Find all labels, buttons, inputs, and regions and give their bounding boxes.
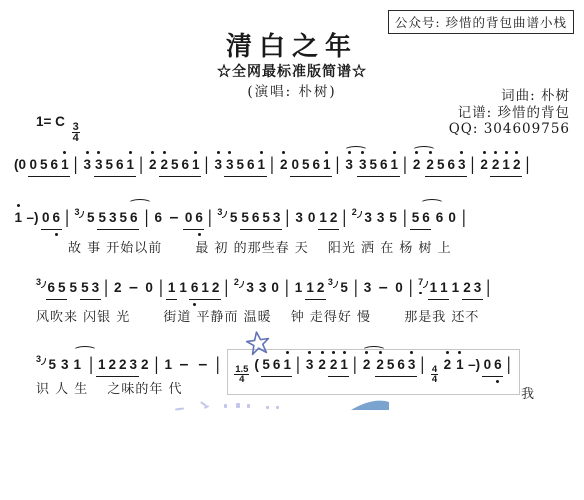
- grace-note: 2: [234, 272, 244, 290]
- beam-group: 65: [46, 279, 67, 300]
- beam-group: 23: [462, 279, 483, 300]
- ink-smudge: [236, 403, 240, 408]
- note: 0: [484, 356, 492, 374]
- octave-dot-above-icon: [483, 151, 486, 154]
- grace-slur-icon: [239, 281, 244, 288]
- note: 6: [380, 156, 388, 174]
- beam-group: 5653: [240, 209, 282, 230]
- beam-group: 2563: [425, 156, 467, 177]
- note: 2: [318, 356, 326, 374]
- note: 1: [283, 356, 291, 374]
- note: 0: [145, 279, 153, 297]
- octave-dot-above-icon: [410, 351, 413, 354]
- note: 6: [494, 356, 502, 374]
- extension-dash: –: [379, 279, 388, 297]
- extension-dash: –: [179, 356, 188, 374]
- note: 3: [306, 356, 314, 374]
- note: 2: [108, 356, 116, 374]
- note: 2: [119, 356, 127, 374]
- beam-group: 11: [428, 279, 449, 300]
- octave-dot-above-icon: [379, 351, 382, 354]
- barline: |: [65, 207, 69, 227]
- note: 5: [171, 156, 179, 174]
- lyrics-line-2: 故 事 开始以前 最 初 的那些春 天 阳光 洒 在 杨 树 上: [68, 237, 452, 256]
- note: 1: [258, 156, 266, 174]
- octave-dot-above-icon: [260, 151, 263, 154]
- beam-group: 12: [318, 209, 339, 230]
- parenthesis: –): [27, 210, 39, 225]
- barline: |: [285, 207, 289, 227]
- note: 3: [214, 156, 222, 174]
- note: 6: [53, 209, 61, 227]
- grace-slur-icon: [423, 281, 428, 288]
- note: 5: [236, 156, 244, 174]
- grace-note: 3: [36, 349, 46, 367]
- note: 3: [226, 156, 234, 174]
- note: 6: [116, 156, 124, 174]
- music-line-1: (00561|33561|22561|33561|20561|33561|225…: [12, 156, 533, 182]
- note: 0: [185, 209, 193, 227]
- note: 3: [364, 209, 372, 227]
- ink-smudge: [204, 405, 209, 409]
- qq-credit: QQ: 304609756: [449, 121, 570, 138]
- note: 2: [114, 279, 122, 297]
- note: 5: [106, 156, 114, 174]
- note: 6: [182, 156, 190, 174]
- note: 3: [109, 209, 117, 227]
- octave-dot-above-icon: [321, 351, 324, 354]
- grace-slur-icon: [41, 358, 46, 365]
- beam-group: 3561: [224, 156, 266, 177]
- note: 1: [430, 279, 438, 297]
- octave-dot-below-icon: [55, 233, 58, 236]
- octave-dot-above-icon: [343, 351, 346, 354]
- note: 3: [273, 209, 281, 227]
- beam-group: 21: [328, 356, 349, 377]
- note: 2: [212, 279, 220, 297]
- time-signature: 44: [431, 365, 438, 384]
- note: 6: [436, 209, 444, 227]
- beam-group: 23: [118, 356, 139, 377]
- time-signature: 34: [72, 122, 80, 143]
- phrase-box: 1.54(561|3221|22563|4421–)06|: [227, 349, 520, 395]
- octave-dot-above-icon: [86, 151, 89, 154]
- ink-smudge: [247, 404, 250, 408]
- note: 1: [456, 356, 464, 374]
- ink-smudge: [276, 406, 279, 409]
- grace-note: 3: [328, 272, 338, 290]
- note: 0: [308, 209, 316, 227]
- beam-group: 3561: [94, 156, 136, 177]
- grace-slur-icon: [333, 281, 338, 288]
- note: 0: [395, 279, 403, 297]
- note: 6: [154, 209, 162, 227]
- note: 5: [120, 209, 128, 227]
- note: 5: [412, 209, 420, 227]
- note: 6: [447, 156, 455, 174]
- note: 3: [83, 156, 91, 174]
- note: 2: [492, 156, 500, 174]
- composer-credit: 词曲: 朴树: [449, 88, 570, 105]
- transcriber-credit: 记谱: 珍惜的背包: [449, 105, 570, 122]
- note: 1: [390, 156, 398, 174]
- octave-dot-below-icon: [419, 292, 422, 295]
- note: 1: [440, 279, 448, 297]
- note: 3: [295, 209, 303, 227]
- octave-dot-above-icon: [325, 151, 328, 154]
- music-line-2: 1–)06|355356|6–06|355653|3012|2335|5660|: [12, 209, 469, 235]
- note: 2: [149, 156, 157, 174]
- note: 5: [87, 209, 95, 227]
- note: 6: [247, 156, 255, 174]
- barline: |: [342, 207, 346, 227]
- barline: |: [409, 277, 413, 297]
- beam-group: 3561: [357, 156, 399, 177]
- octave-dot-above-icon: [129, 151, 132, 154]
- grace-slur-icon: [357, 211, 362, 218]
- note: 2: [444, 356, 452, 374]
- note: 1: [74, 356, 82, 374]
- extension-dash: –: [129, 279, 138, 297]
- beam-group: 612: [189, 279, 221, 300]
- barline: |: [205, 154, 209, 174]
- octave-dot-above-icon: [194, 151, 197, 154]
- barline: |: [420, 354, 424, 374]
- note: 3: [92, 279, 100, 297]
- note: 5: [99, 209, 107, 227]
- note: 1: [319, 209, 327, 227]
- parenthesis: (0: [14, 157, 26, 172]
- note: 0: [42, 209, 50, 227]
- lyrics-line-4: 识 人 生 之味的年 代: [36, 378, 183, 397]
- note: 5: [49, 356, 57, 374]
- barline: |: [296, 354, 300, 374]
- note: 3: [364, 279, 372, 297]
- grace-slur-icon: [79, 211, 84, 218]
- grace-note: 3: [36, 272, 46, 290]
- barline: |: [354, 277, 358, 297]
- note: 5: [262, 209, 270, 227]
- barline: |: [507, 354, 511, 374]
- note: 2: [513, 156, 521, 174]
- beam-group: 2561: [159, 156, 201, 177]
- grace-note: 2: [352, 202, 362, 220]
- octave-dot-above-icon: [393, 151, 396, 154]
- note: 6: [397, 356, 405, 374]
- barline: |: [462, 207, 466, 227]
- note: 2: [280, 156, 288, 174]
- octave-dot-below-icon: [198, 233, 201, 236]
- octave-dot-above-icon: [308, 351, 311, 354]
- note: 6: [130, 209, 138, 227]
- note: 3: [246, 279, 254, 297]
- barline: |: [145, 207, 149, 227]
- octave-dot-above-icon: [494, 151, 497, 154]
- note: 2: [317, 279, 325, 297]
- barline: |: [525, 154, 529, 174]
- note: 1: [164, 356, 172, 374]
- note: 2: [426, 156, 434, 174]
- note: 5: [58, 279, 66, 297]
- note: 3: [61, 356, 69, 374]
- beam-group: 561: [261, 356, 293, 377]
- note: 2: [363, 356, 371, 374]
- beam-group: 06: [183, 209, 204, 230]
- note: 2: [413, 156, 421, 174]
- note: 3: [95, 156, 103, 174]
- barline: |: [470, 154, 474, 174]
- note: 1: [98, 356, 106, 374]
- note: 0: [30, 156, 38, 174]
- octave-dot-above-icon: [515, 151, 518, 154]
- barline: |: [403, 154, 407, 174]
- octave-dot-above-icon: [332, 351, 335, 354]
- note: 5: [340, 279, 348, 297]
- parenthesis: (: [254, 357, 259, 372]
- octave-dot-above-icon: [446, 351, 449, 354]
- tie-arc-icon: [344, 146, 368, 155]
- grace-slur-icon: [222, 211, 227, 218]
- note: 3: [359, 156, 367, 174]
- note: 3: [259, 279, 267, 297]
- note: 1: [502, 156, 510, 174]
- note: 3: [408, 356, 416, 374]
- note: 6: [312, 156, 320, 174]
- note: 1: [15, 209, 23, 227]
- note: 3: [474, 279, 482, 297]
- octave-dot-above-icon: [505, 151, 508, 154]
- octave-dot-above-icon: [460, 151, 463, 154]
- octave-dot-above-icon: [228, 151, 231, 154]
- barline: |: [208, 207, 212, 227]
- barline: |: [89, 354, 93, 374]
- ink-smudge: [266, 406, 269, 409]
- note: 5: [241, 209, 249, 227]
- tie-arc-icon: [420, 199, 444, 208]
- note: 2: [463, 279, 471, 297]
- note: 5: [369, 156, 377, 174]
- barline: |: [74, 154, 78, 174]
- note: 5: [437, 156, 445, 174]
- barline: |: [486, 277, 490, 297]
- note: 5: [262, 356, 270, 374]
- note: 6: [51, 156, 59, 174]
- blue-swoosh-decoration: [351, 400, 391, 412]
- ink-smudge: [175, 407, 184, 410]
- tie-arc-icon: [412, 146, 436, 155]
- beam-group: 06: [482, 356, 503, 377]
- note: 2: [141, 356, 149, 374]
- note: 6: [252, 209, 260, 227]
- note: 5: [40, 156, 48, 174]
- note: 1: [340, 356, 348, 374]
- grace-slur-icon: [41, 281, 46, 288]
- subtitle: ☆全网最标准版简谱☆: [0, 61, 584, 81]
- note: 5: [389, 209, 397, 227]
- note: 1: [168, 279, 176, 297]
- barline: |: [139, 154, 143, 174]
- lyrics-line-3: 风吹来 闪银 光 街道 平静而 温暖 钟 走得好 慢 那是我 还不: [36, 306, 479, 325]
- barline: |: [224, 277, 228, 297]
- key-and-time-signature: 1= C 34: [36, 114, 83, 143]
- note: 2: [160, 156, 168, 174]
- octave-dot-above-icon: [429, 151, 432, 154]
- star-icon: [245, 330, 271, 356]
- note: 6: [195, 209, 203, 227]
- note: 3: [377, 209, 385, 227]
- grace-note: 3: [217, 202, 227, 220]
- note: 5: [81, 279, 89, 297]
- grace-note: 7: [418, 272, 428, 290]
- barline: |: [353, 354, 357, 374]
- note: 3: [130, 356, 138, 374]
- sheet-music-page: 公众号: 珍惜的背包曲谱小栈 清白之年 ☆全网最标准版简谱☆ (演唱: 朴树) …: [0, 0, 584, 500]
- music-line-3: 365553|2–0|11612|2330|11235|3–0|711123|: [34, 279, 494, 305]
- beam-group: 5356: [97, 209, 139, 230]
- note: 2: [480, 156, 488, 174]
- beam-group: 06: [41, 209, 62, 230]
- note: 1: [127, 156, 135, 174]
- beam-group: 12: [96, 356, 117, 377]
- note: 1: [306, 279, 314, 297]
- note: 3: [345, 156, 353, 174]
- octave-dot-above-icon: [282, 151, 285, 154]
- note: 1: [61, 156, 69, 174]
- barline: |: [159, 277, 163, 297]
- octave-dot-above-icon: [286, 351, 289, 354]
- beam-group: 12: [305, 279, 326, 300]
- note: 1: [452, 279, 460, 297]
- note: 2: [330, 209, 338, 227]
- note: 5: [70, 279, 78, 297]
- beam-group: 0561: [28, 156, 70, 177]
- lyrics-line-4-end: 我: [521, 383, 534, 402]
- octave-dot-below-icon: [496, 380, 499, 383]
- note: 2: [330, 356, 338, 374]
- note: 1: [179, 279, 187, 297]
- octave-dot-above-icon: [63, 151, 66, 154]
- note: 0: [291, 156, 299, 174]
- note: 1: [295, 279, 303, 297]
- note: 6: [273, 356, 281, 374]
- note: 5: [302, 156, 310, 174]
- beam-group: 1: [166, 279, 177, 300]
- note: 3: [458, 156, 466, 174]
- extension-dash: –: [169, 209, 178, 227]
- beam-group: 53: [80, 279, 101, 300]
- octave-dot-above-icon: [151, 151, 154, 154]
- barline: |: [155, 354, 159, 374]
- octave-dot-above-icon: [163, 151, 166, 154]
- beam-group: 2563: [375, 356, 417, 377]
- octave-dot-above-icon: [217, 151, 220, 154]
- beam-group: 0561: [290, 156, 332, 177]
- barline: |: [270, 154, 274, 174]
- credits-block: 词曲: 朴树 记谱: 珍惜的背包 QQ: 304609756: [449, 88, 570, 138]
- barline: |: [285, 277, 289, 297]
- barline: |: [104, 277, 108, 297]
- parenthesis: –): [468, 357, 480, 372]
- music-line-4: 3531|12232|1––|1.54(561|3221|22563|4421–…: [34, 349, 520, 375]
- note: 5: [387, 356, 395, 374]
- note: 1: [323, 156, 331, 174]
- beam-group: 56: [410, 209, 431, 230]
- octave-dot-above-icon: [17, 204, 20, 207]
- note: 1: [192, 156, 200, 174]
- barline: |: [403, 207, 407, 227]
- barline: |: [336, 154, 340, 174]
- note: 5: [230, 209, 238, 227]
- tie-arc-icon: [362, 346, 386, 355]
- note: 6: [422, 209, 430, 227]
- note: 0: [448, 209, 456, 227]
- beam-group: 212: [490, 156, 522, 177]
- song-title: 清白之年: [0, 26, 584, 63]
- note: 6: [191, 279, 199, 297]
- barline: |: [216, 354, 220, 374]
- octave-dot-above-icon: [458, 351, 461, 354]
- note: 0: [271, 279, 279, 297]
- key-label: 1= C: [36, 114, 65, 129]
- note: 2: [376, 356, 384, 374]
- ink-smudge: [224, 404, 227, 408]
- note: 1: [201, 279, 209, 297]
- time-signature: 1.54: [234, 365, 249, 384]
- grace-note: 3: [74, 202, 84, 220]
- note: 6: [48, 279, 56, 297]
- extension-dash: –: [198, 356, 207, 374]
- octave-dot-above-icon: [97, 151, 100, 154]
